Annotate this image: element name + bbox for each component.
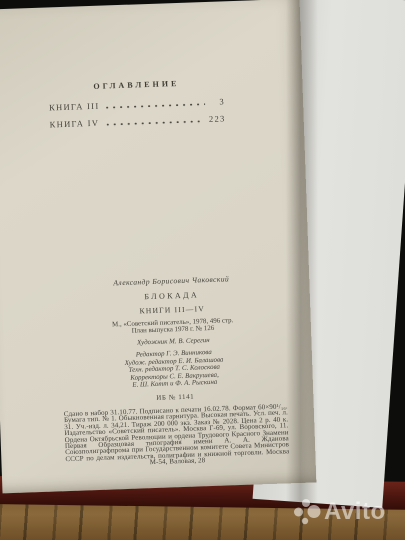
- avito-logo-icon: [294, 498, 321, 525]
- left-page: ОГЛАВЛЕНИЕ КНИГА III 3 КНИГА IV 223 Алек…: [0, 0, 316, 493]
- dot-leader: [106, 120, 204, 126]
- imprint-block: Александр Борисович Чаковский БЛОКАДА КН…: [53, 272, 295, 469]
- editorial-staff: Редактор Г. Э. Винникова Худож. редактор…: [56, 347, 293, 393]
- toc-entry-label: КНИГА IV: [50, 118, 100, 130]
- book-photo: ОГЛАВЛЕНИЕ КНИГА III 3 КНИГА IV 223 Алек…: [0, 0, 405, 540]
- toc-entry-label: КНИГА III: [49, 101, 100, 113]
- dot-leader: [106, 103, 205, 109]
- page-content: ОГЛАВЛЕНИЕ КНИГА III 3 КНИГА IV 223 Алек…: [44, 0, 296, 469]
- author-name: Александр Борисович Чаковский: [53, 272, 289, 289]
- toc-entry-page: 223: [209, 113, 226, 124]
- colophon-paragraph: Сдано в набор 31.10.77. Подписано к печа…: [64, 403, 290, 468]
- toc-entry: КНИГА III 3: [49, 96, 225, 112]
- toc-entry-page: 3: [210, 96, 225, 107]
- avito-watermark-text: Avito: [324, 500, 386, 524]
- toc-heading: ОГЛАВЛЕНИЕ: [48, 77, 224, 92]
- toc-entry: КНИГА IV 223: [50, 113, 226, 129]
- avito-watermark: Avito: [294, 498, 386, 525]
- table-of-contents: ОГЛАВЛЕНИЕ КНИГА III 3 КНИГА IV 223: [46, 1, 226, 129]
